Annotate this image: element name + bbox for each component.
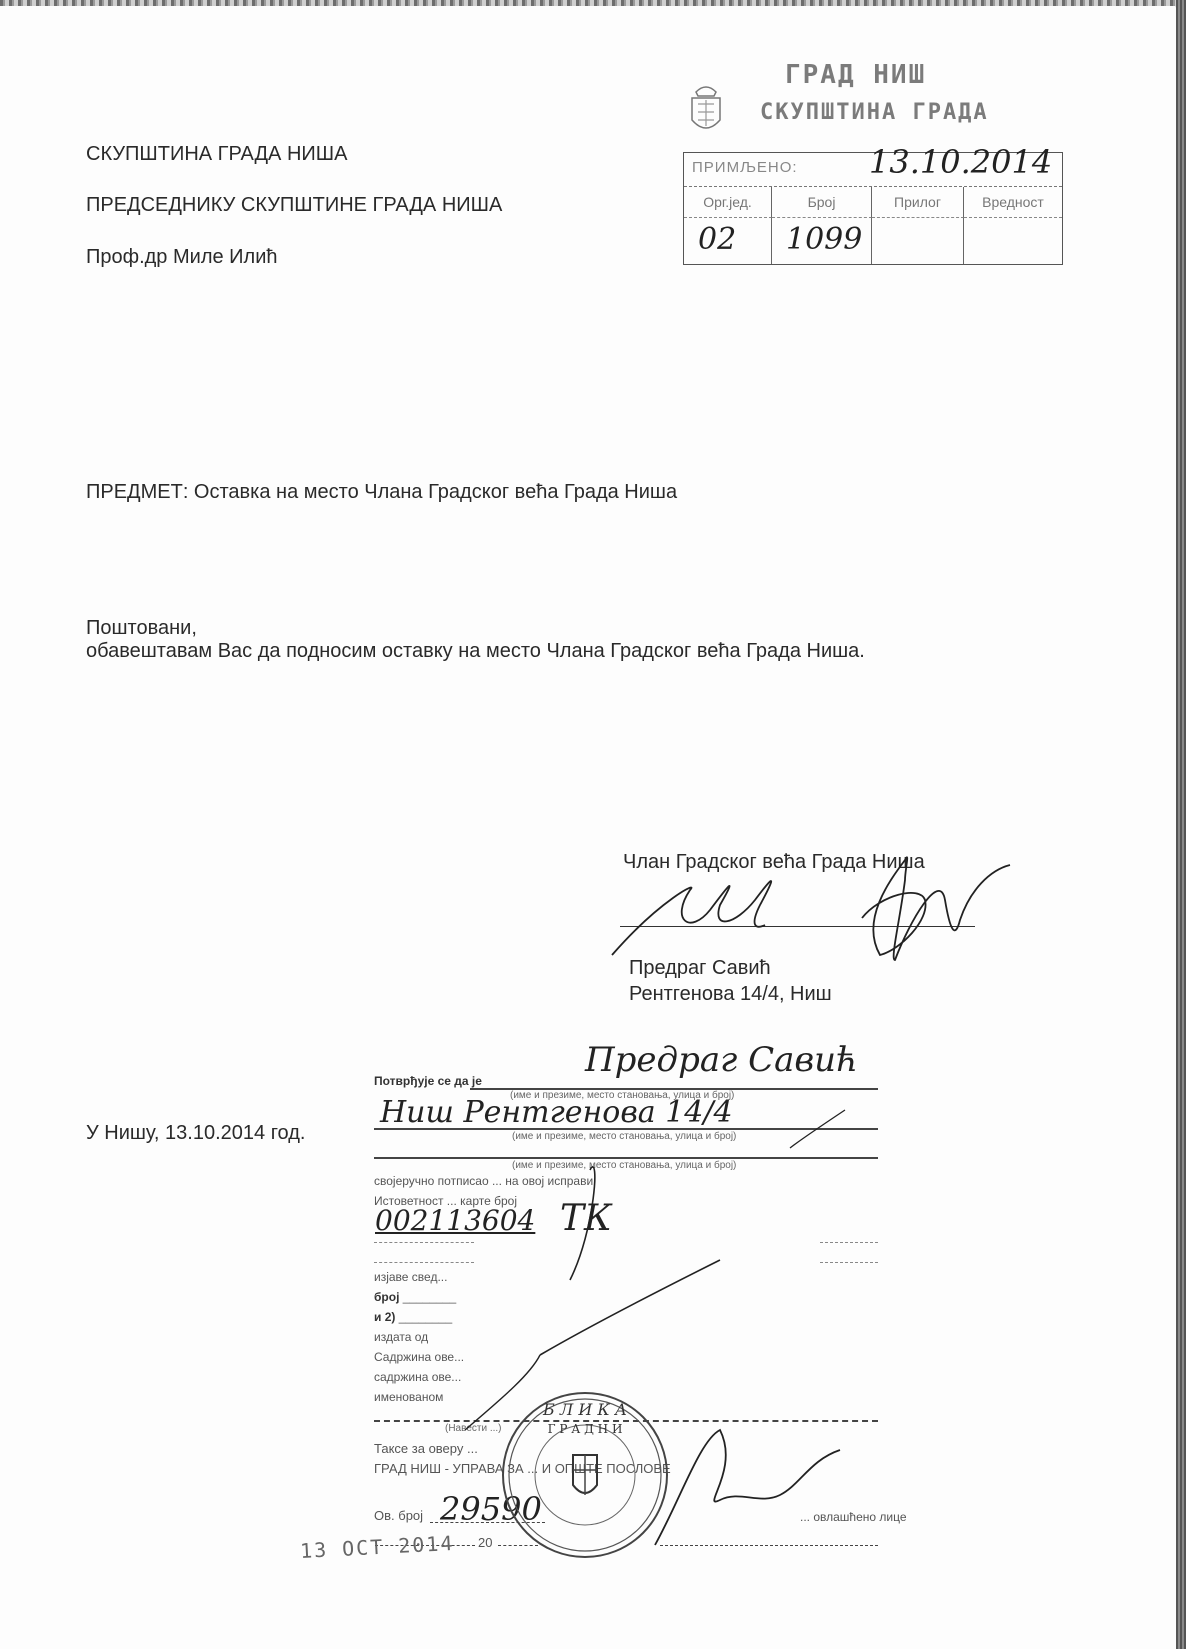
caption-2: (име и презиме, место становања, улица и… <box>512 1131 736 1142</box>
ov-number-label: Ов. број <box>374 1508 423 1523</box>
fee-line: Таксе за оверу ... <box>374 1441 478 1456</box>
year-prefix: 20 <box>478 1535 492 1550</box>
scan-edge-top <box>0 0 1186 6</box>
scan-edge-right <box>1176 0 1186 1649</box>
svg-text:Б Л И К А: Б Л И К А <box>542 1400 627 1419</box>
addressee-line-1: СКУПШТИНА ГРАДА НИША <box>86 143 347 166</box>
addressee-line-3: Проф.др Миле Илић <box>86 246 278 269</box>
signature-line <box>620 926 975 927</box>
salutation: Поштовани, <box>86 617 197 640</box>
authorized-person-line: ... овлашћено лице <box>800 1510 907 1524</box>
coat-of-arms-icon <box>686 82 726 138</box>
round-seal-icon: Б Л И К А Г Р А Д Н И <box>495 1385 675 1565</box>
col-org-unit: Орг.јед. <box>684 187 772 218</box>
content-line-1: Садржина ове... <box>374 1350 464 1364</box>
number-line: број ________ <box>374 1290 456 1304</box>
signatory-title: Члан Градског већа Града Ниша <box>623 851 925 874</box>
handwritten-address: Ниш Рентгенова 14/4 <box>380 1095 733 1130</box>
svg-text:Г Р А Д Н И: Г Р А Д Н И <box>548 1422 623 1436</box>
signatory-name: Предраг Савић <box>629 957 771 980</box>
org-unit-value: 02 <box>684 218 772 264</box>
handwritten-name: Предраг Савић <box>585 1040 858 1080</box>
dots-1 <box>374 1242 474 1243</box>
col-attachment: Прилог <box>872 187 964 218</box>
stamp-heading-assembly: СКУПШТИНА ГРАДА <box>760 100 989 125</box>
dots-2 <box>374 1262 474 1263</box>
col-number: Број <box>772 187 872 218</box>
authorized-sign-line <box>660 1545 878 1546</box>
caption-3: (име и презиме, место становања, улица и… <box>512 1160 736 1171</box>
number-value: 1099 <box>772 218 872 264</box>
and-2-line: и 2) ________ <box>374 1310 452 1324</box>
document-page: ГРАД НИШ СКУПШТИНА ГРАДА ПРИМЉЕНО: 13.10… <box>0 0 1176 1649</box>
stamp-heading-city: ГРАД НИШ <box>785 60 926 90</box>
received-stamp-table: ПРИМЉЕНО: 13.10.2014 Орг.јед. Број Прило… <box>683 152 1063 265</box>
statement-line: изјаве свед... <box>374 1270 447 1284</box>
form-line-3 <box>374 1157 878 1159</box>
handwritten-id: 002113604 <box>375 1204 535 1237</box>
received-date: 13.10.2014 <box>869 143 1052 181</box>
form-line-2 <box>374 1128 878 1130</box>
content-line-2: садржина ове... <box>374 1370 461 1384</box>
signatory-address: Рентгенова 14/4, Ниш <box>629 983 832 1006</box>
named-line: именованом <box>374 1390 443 1404</box>
dots-2b <box>820 1262 878 1263</box>
own-signature-line: својеручно потписао ... на овој исправи <box>374 1174 593 1188</box>
received-label: ПРИМЉЕНО: <box>692 159 798 176</box>
issued-by-line: издата од <box>374 1330 428 1344</box>
body-text: обавештавам Вас да подносим оставку на м… <box>86 640 865 663</box>
value-value <box>964 218 1062 264</box>
dots-1b <box>820 1242 878 1243</box>
attachment-value <box>872 218 964 264</box>
stamped-date: 13 OCT 2014 <box>299 1531 454 1563</box>
handwritten-initials: ТК <box>560 1198 612 1239</box>
subject-line: ПРЕДМЕТ: Оставка на место Члана Градског… <box>86 481 677 504</box>
col-value: Вредност <box>964 187 1062 218</box>
place-and-date: У Нишу, 13.10.2014 год. <box>86 1122 305 1145</box>
addressee-line-2: ПРЕДСЕДНИКУ СКУПШТИНЕ ГРАДА НИША <box>86 194 502 217</box>
notary-intro: Потврђује се да је <box>374 1074 482 1088</box>
caption-fill: (Навести ...) <box>445 1423 501 1434</box>
